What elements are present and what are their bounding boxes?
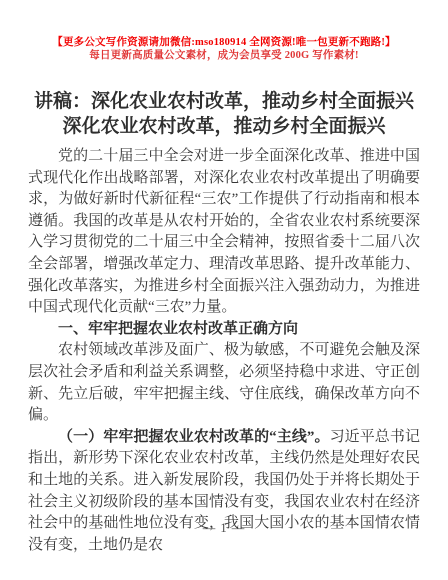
page-number: — 1 — [0,521,448,536]
promo-banner-line2: 每日更新高质量公文素材，成为会员享受 200G 写作素材! [28,49,420,62]
document-title-line1: 讲稿：深化农业农村改革，推动乡村全面振兴 [28,89,420,114]
document-body: 党的二十届三中全会对进一步全面深化改革、推进中国式现代化作出战略部署，对深化农业… [28,146,420,556]
paragraph-intro: 党的二十届三中全会对进一步全面深化改革、推进中国式现代化作出战略部署，对深化农业… [28,146,420,319]
document-page: 【更多公文写作资源请加微信:mso180914 全网资源!唯一包更新不跑路!】 … [0,0,448,580]
document-title-line2: 深化农业农村改革，推动乡村全面振兴 [28,114,420,139]
document-title: 讲稿：深化农业农村改革，推动乡村全面振兴 深化农业农村改革，推动乡村全面振兴 [28,89,420,139]
promo-banner-line1: 【更多公文写作资源请加微信:mso180914 全网资源!唯一包更新不跑路!】 [28,36,420,49]
promo-banner: 【更多公文写作资源请加微信:mso180914 全网资源!唯一包更新不跑路!】 … [28,36,420,62]
paragraph-section1-intro: 农村领域改革涉及面广、极为敏感，不可避免会触及深层次社会矛盾和利益关系调整，必须… [28,340,420,426]
section-heading-1: 一、牢牢把握农业农村改革正确方向 [28,319,420,341]
subsection-1-lead: （一）牢牢把握农业农村改革的“主线”。 [58,429,330,445]
paragraph-subsection-1: （一）牢牢把握农业农村改革的“主线”。习近平总书记指出，新形势下深化农业农村改革… [28,427,420,557]
